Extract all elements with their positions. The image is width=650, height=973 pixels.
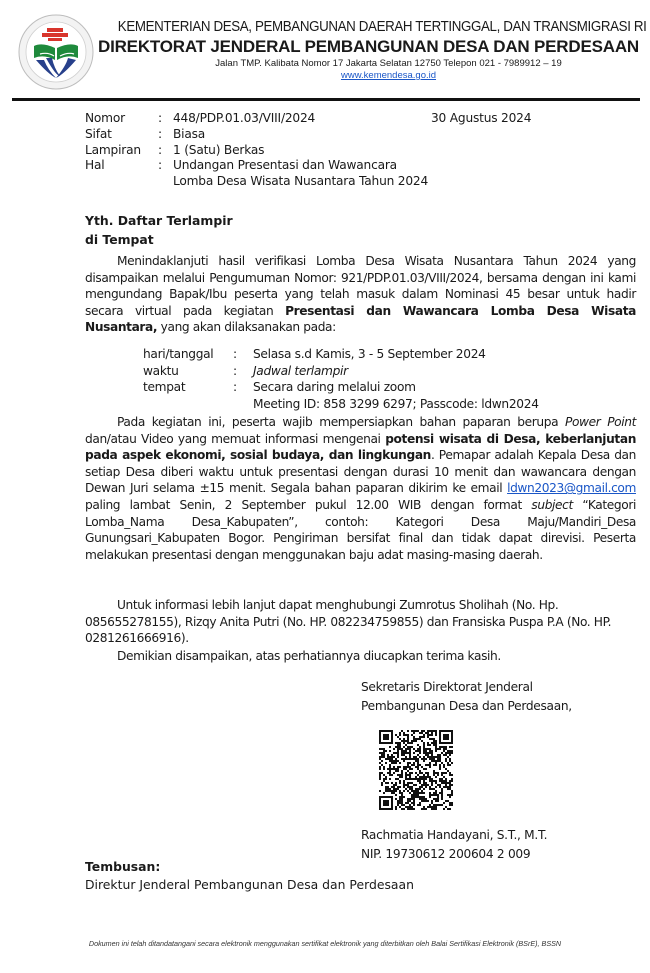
- schedule-value: Jadwal terlampir: [253, 363, 348, 380]
- signatory-title-line-2: Pembangunan Desa dan Perdesaan,: [361, 697, 572, 716]
- meta-row-sifat: Sifat : Biasa: [85, 127, 428, 143]
- letter-date: 30 Agustus 2024: [431, 111, 531, 125]
- meta-value: Undangan Presentasi dan Wawancara Lomba …: [173, 158, 428, 190]
- schedule-value: Selasa s.d Kamis, 3 - 5 September 2024: [253, 346, 486, 363]
- text: yang akan dilaksanakan pada:: [157, 320, 336, 334]
- schedule: hari/tanggal : Selasa s.d Kamis, 3 - 5 S…: [143, 346, 539, 412]
- text-italic: Power Point: [565, 415, 636, 429]
- schedule-value: Secara daring melalui zoom Meeting ID: 8…: [253, 379, 539, 412]
- meta-row-hal: Hal : Undangan Presentasi dan Wawancara …: [85, 158, 428, 190]
- tembusan-heading: Tembusan:: [85, 858, 414, 876]
- letter-meta: Nomor : 448/PDP.01.03/VIII/2024 Sifat : …: [85, 111, 428, 190]
- paragraph-contacts: Untuk informasi lebih lanjut dapat mengh…: [85, 597, 636, 647]
- addressee-line-1: Yth. Daftar Terlampir: [85, 211, 233, 230]
- paragraph-closing: Demikian disampaikan, atas perhatiannya …: [85, 648, 636, 665]
- addressee-line-2: di Tempat: [85, 230, 233, 249]
- meta-value: 1 (Satu) Berkas: [173, 143, 264, 159]
- meta-label: Sifat: [85, 127, 158, 143]
- text: paling lambat Senin, 2 September pukul 1…: [85, 498, 531, 512]
- schedule-label: waktu: [143, 363, 233, 380]
- meta-value: Biasa: [173, 127, 205, 143]
- paragraph-intro: Menindaklanjuti hasil verifikasi Lomba D…: [85, 253, 636, 336]
- kemendesa-logo-icon: [18, 14, 94, 90]
- schedule-row-time: waktu : Jadwal terlampir: [143, 363, 539, 380]
- schedule-label: tempat: [143, 379, 233, 412]
- paragraph-requirements: Pada kegiatan ini, peserta wajib mempers…: [85, 414, 636, 563]
- place-line-1: Secara daring melalui zoom: [253, 380, 416, 394]
- schedule-label: hari/tanggal: [143, 346, 233, 363]
- text: Pada kegiatan ini, peserta wajib mempers…: [117, 415, 565, 429]
- meta-label: Nomor: [85, 111, 158, 127]
- meta-colon: :: [158, 111, 173, 127]
- tembusan-recipient: Direktur Jenderal Pembangunan Desa dan P…: [85, 876, 414, 894]
- email-link[interactable]: ldwn2023@gmail.com: [507, 481, 636, 495]
- ministry-name: KEMENTERIAN DESA, PEMBANGUNAN DAERAH TER…: [118, 18, 619, 36]
- meeting-credentials: Meeting ID: 858 3299 6297; Passcode: ldw…: [253, 397, 539, 411]
- text-italic: subject: [531, 498, 573, 512]
- meta-colon: :: [158, 158, 173, 190]
- meta-row-lampiran: Lampiran : 1 (Satu) Berkas: [85, 143, 428, 159]
- schedule-colon: :: [233, 346, 253, 363]
- signatory-name: Rachmatia Handayani, S.T., M.T.: [361, 826, 547, 845]
- office-address: Jalan TMP. Kalibata Nomor 17 Jakarta Sel…: [136, 57, 641, 70]
- text: dan/atau Video yang memuat informasi men…: [85, 432, 385, 446]
- meta-colon: :: [158, 127, 173, 143]
- meta-value: 448/PDP.01.03/VIII/2024: [173, 111, 315, 127]
- website-link[interactable]: www.kemendesa.go.id: [136, 70, 641, 82]
- meta-label: Lampiran: [85, 143, 158, 159]
- addressee: Yth. Daftar Terlampir di Tempat: [85, 211, 233, 249]
- letterhead: KEMENTERIAN DESA, PEMBANGUNAN DAERAH TER…: [96, 18, 641, 82]
- meta-label: Hal: [85, 158, 158, 190]
- schedule-colon: :: [233, 379, 253, 412]
- directorate-name: DIREKTORAT JENDERAL PEMBANGUNAN DESA DAN…: [96, 36, 641, 57]
- schedule-row-place: tempat : Secara daring melalui zoom Meet…: [143, 379, 539, 412]
- subject-line-1: Undangan Presentasi dan Wawancara: [173, 158, 397, 172]
- meta-row-nomor: Nomor : 448/PDP.01.03/VIII/2024: [85, 111, 428, 127]
- signatory-title: Sekretaris Direktorat Jenderal Pembangun…: [361, 678, 572, 716]
- signatory-title-line-1: Sekretaris Direktorat Jenderal: [361, 678, 572, 697]
- meta-colon: :: [158, 143, 173, 159]
- letterhead-divider: [12, 98, 640, 101]
- letter-page: KEMENTERIAN DESA, PEMBANGUNAN DAERAH TER…: [0, 0, 650, 973]
- subject-line-2: Lomba Desa Wisata Nusantara Tahun 2024: [173, 174, 428, 188]
- tembusan: Tembusan: Direktur Jenderal Pembangunan …: [85, 858, 414, 894]
- schedule-colon: :: [233, 363, 253, 380]
- qr-code-icon[interactable]: [379, 730, 453, 810]
- schedule-row-date: hari/tanggal : Selasa s.d Kamis, 3 - 5 S…: [143, 346, 539, 363]
- esign-footer-note: Dokumen ini telah ditandatangani secara …: [0, 939, 650, 948]
